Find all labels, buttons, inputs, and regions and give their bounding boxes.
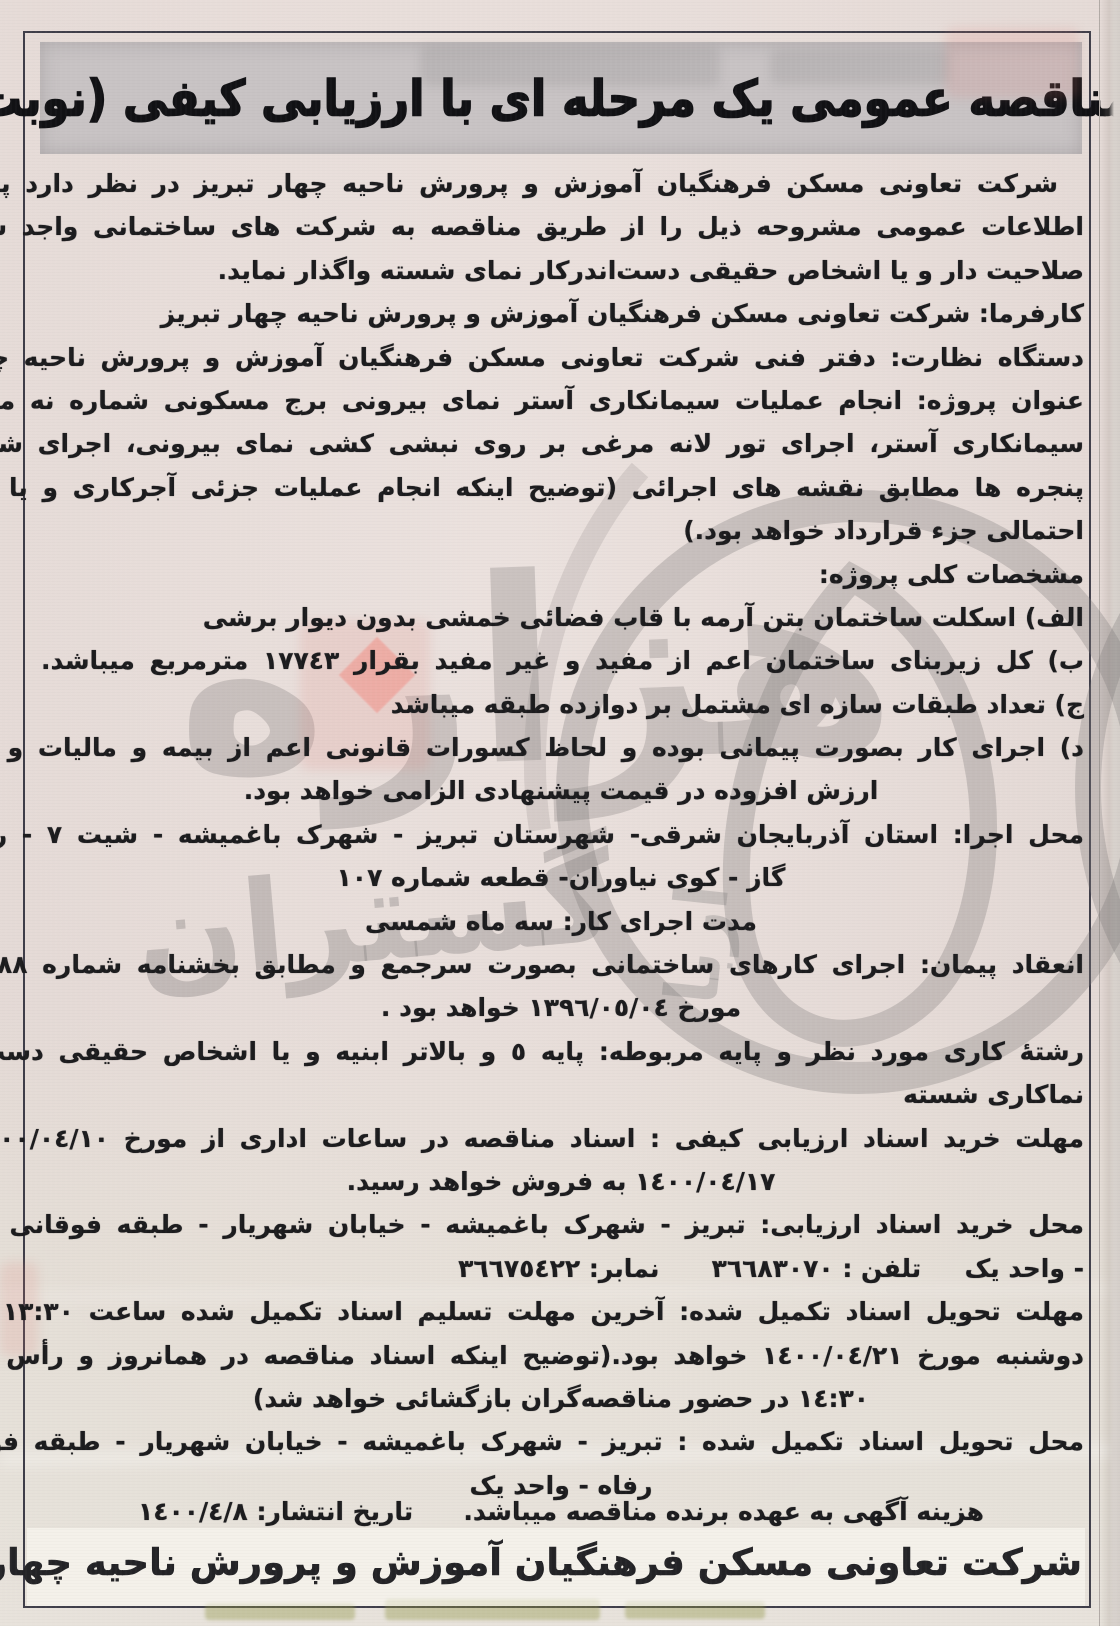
body-line: شرکت تعاونی مسکن فرهنگیان آموزش و پرورش … bbox=[38, 162, 1084, 205]
body-line: ١٤٠٠/٠٤/١٧ به فروش خواهد رسید. bbox=[38, 1160, 1084, 1203]
body-line: مهلت خرید اسناد ارزیابی کیفی : اسناد منا… bbox=[38, 1117, 1084, 1160]
body-line: - واحد یک تلفن : ٣٦٦٨٣٠٧٠ نمابر: ٣٦٦٧٥٤٢… bbox=[38, 1247, 1084, 1290]
body-line: انعقاد پیمان: اجرای کارهای ساختمانی بصور… bbox=[38, 943, 1084, 986]
ad-title-band: آگهی مناقصه عمومی یک مرحله ای با ارزیابی… bbox=[40, 42, 1082, 154]
body-line: گاز - کوی نیاوران- قطعه شماره ١٠٧ bbox=[38, 856, 1084, 899]
body-line: عنوان پروژه: انجام عملیات سیمانکاری آستر… bbox=[38, 379, 1084, 422]
body-line: احتمالی جزء قرارداد خواهد بود.) bbox=[38, 509, 1084, 552]
body-line: ارزش افزوده در قیمت پیشنهادی الزامی خواه… bbox=[38, 769, 1084, 812]
body-line: مورخ ١٣٩٦/٠٥/٠٤ خواهد بود . bbox=[38, 986, 1084, 1029]
body-line: مدت اجرای کار: سه ماه شمسی bbox=[38, 900, 1084, 943]
body-line: دوشنبه مورخ ١٤٠٠/٠٤/٢١ خواهد بود.(توضیح … bbox=[38, 1334, 1084, 1377]
publish-date: تاریخ انتشار: ١٤٠٠/٤/٨ bbox=[138, 1490, 413, 1534]
body-line: د) اجرای کار بصورت پیمانی بوده و لحاظ کس… bbox=[38, 726, 1084, 769]
ad-title: آگهی مناقصه عمومی یک مرحله ای با ارزیابی… bbox=[0, 69, 1120, 127]
body-line: محل خرید اسناد ارزیابی: تبریز - شهرک باغ… bbox=[38, 1203, 1084, 1246]
body-line: صلاحیت دار و یا اشخاص حقیقی دست‌اندرکار … bbox=[38, 249, 1084, 292]
body-line: محل تحویل اسناد تکمیل شده : تبریز - شهرک… bbox=[38, 1420, 1084, 1463]
body-line: پنجره ها مطابق نقشه های اجرائی (توضیح ای… bbox=[38, 466, 1084, 509]
body-line: الف) اسکلت ساختمان بتن آرمه با قاب فضائی… bbox=[38, 596, 1084, 639]
body-line: ج) تعداد طبقات سازه ای مشتمل بر دوازده ط… bbox=[38, 683, 1084, 726]
footer-info-row: هزینه آگهی به عهده برنده مناقصه میباشد. … bbox=[38, 1490, 1084, 1534]
body-line: نماکاری شسته bbox=[38, 1073, 1084, 1116]
ad-body: شرکت تعاونی مسکن فرهنگیان آموزش و پرورش … bbox=[38, 162, 1084, 1507]
body-line: محل اجرا: استان آذربایجان شرقی- شهرستان … bbox=[38, 813, 1084, 856]
signature-line: شرکت تعاونی مسکن فرهنگیان آموزش و پرورش … bbox=[40, 1537, 1082, 1589]
body-line: ١٤:٣٠ در حضور مناقصه‌گران بازگشائی خواهد… bbox=[38, 1377, 1084, 1420]
body-line: رشتهٔ کاری مورد نظر و پایه مربوطه: پایه … bbox=[38, 1030, 1084, 1073]
body-line: کارفرما: شرکت تعاونی مسکن فرهنگیان آموزش… bbox=[38, 292, 1084, 335]
body-line: مشخصات کلی پروژه: bbox=[38, 553, 1084, 596]
ad-cost-note: هزینه آگهی به عهده برنده مناقصه میباشد. bbox=[463, 1490, 984, 1534]
page-edge bbox=[1099, 0, 1120, 1626]
body-line: ب) کل زیربنای ساختمان اعم از مفید و غیر … bbox=[38, 639, 1084, 682]
body-line: سیمانکاری آستر، اجرای تور لانه مرغی بر ر… bbox=[38, 422, 1084, 465]
body-line: مهلت تحویل اسناد تکمیل شده: آخرین مهلت ت… bbox=[38, 1290, 1084, 1333]
body-line: اطلاعات عمومی مشروحه ذیل را از طریق مناق… bbox=[38, 205, 1084, 248]
body-line: دستگاه نظارت: دفتر فنی شرکت تعاونی مسکن … bbox=[38, 336, 1084, 379]
